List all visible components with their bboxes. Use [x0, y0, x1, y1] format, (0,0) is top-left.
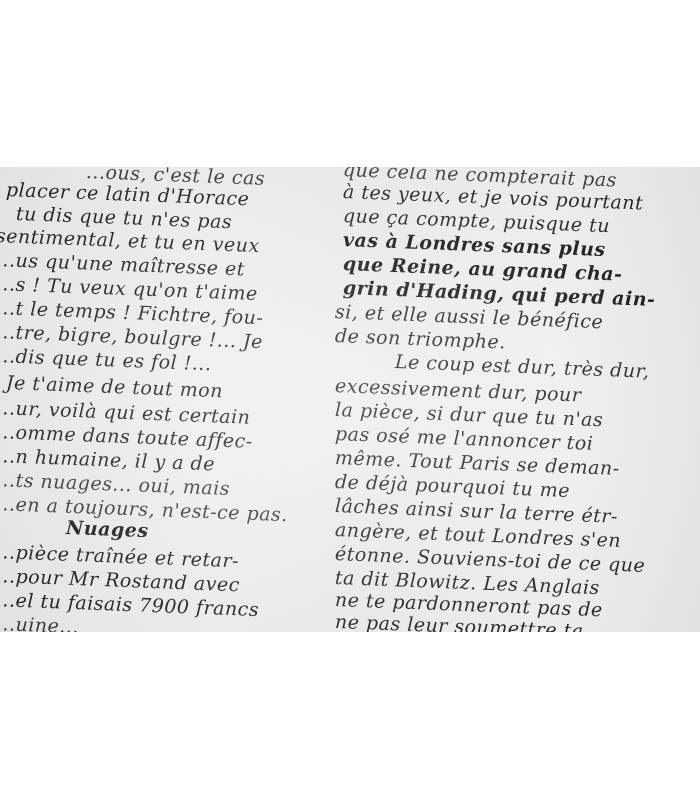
- left-column: ...ous, c'est le cas placer ce latin d'H…: [0, 167, 321, 632]
- text-line: ...uine...: [0, 613, 79, 632]
- text-line: de son triomphe.: [335, 325, 507, 354]
- right-column: que cela ne compterait pas à tes yeux, e…: [335, 167, 700, 632]
- letter-paper: ...ous, c'est le cas placer ce latin d'H…: [0, 167, 700, 632]
- section-heading: Nuages: [66, 517, 149, 542]
